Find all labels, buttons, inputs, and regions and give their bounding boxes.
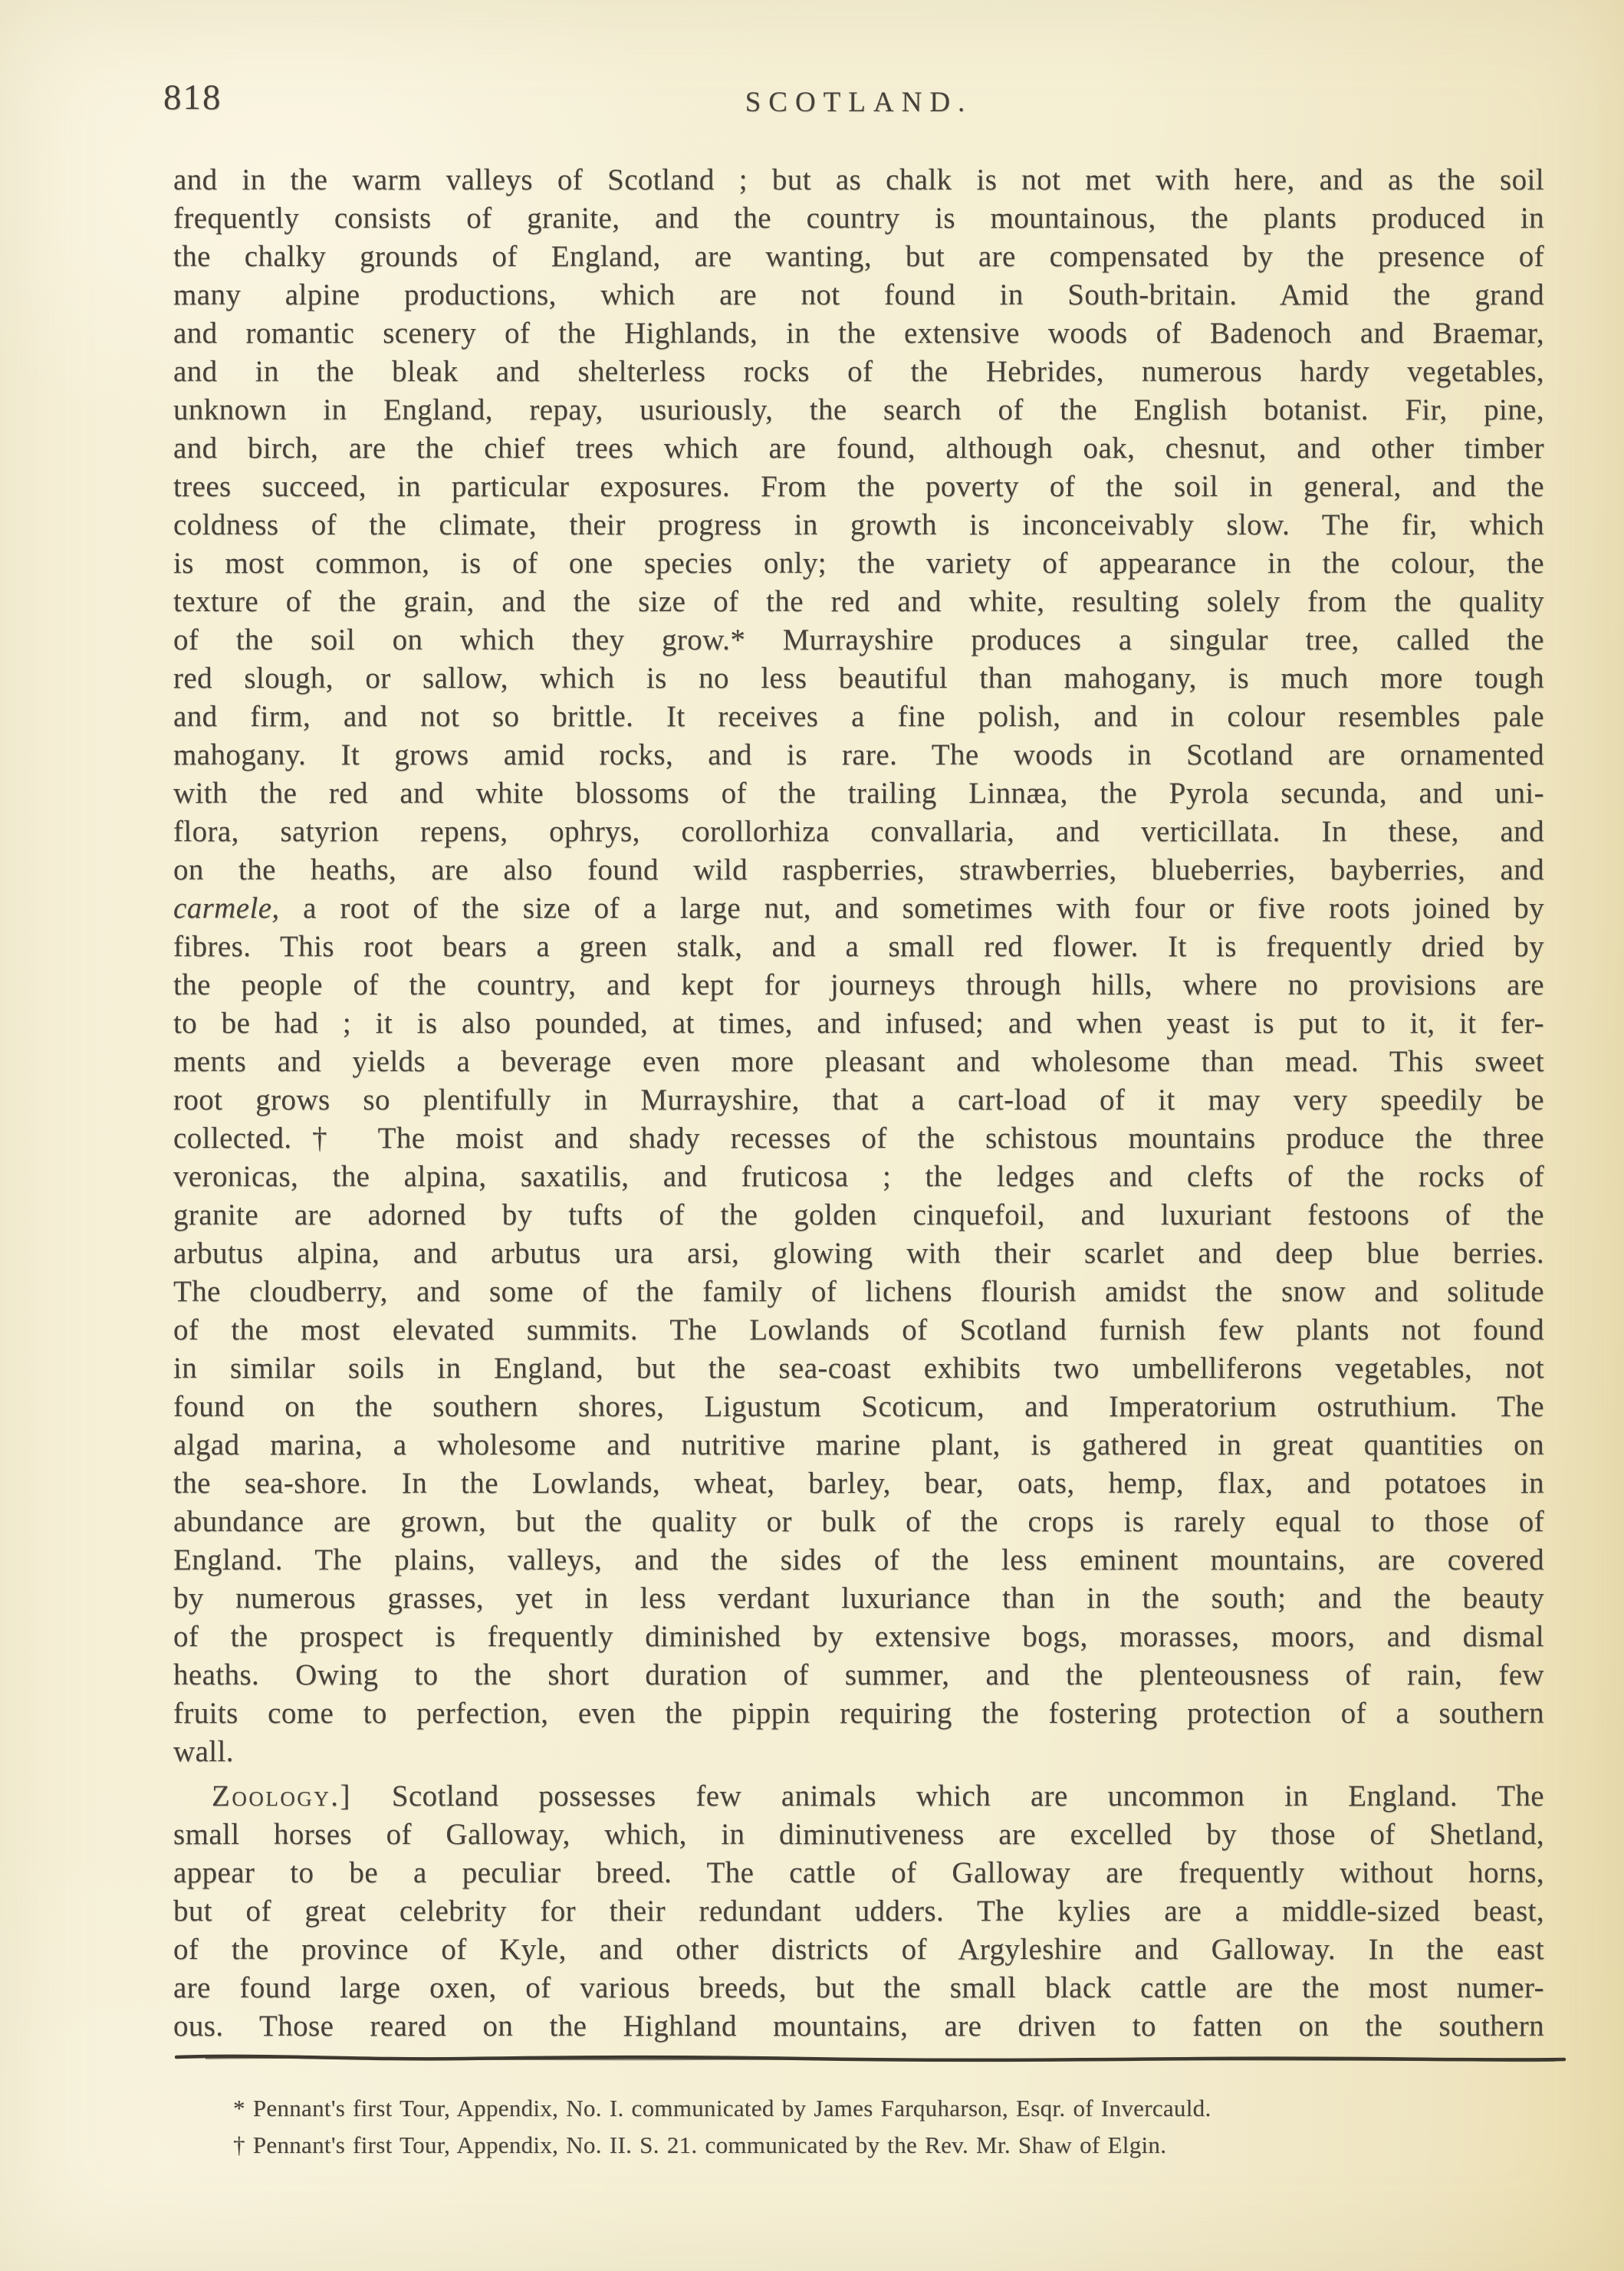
text-line: wall. bbox=[173, 1733, 1544, 1771]
text-line: collected.† The moist and shady recesses… bbox=[173, 1119, 1544, 1158]
text-line: algad marina, a wholesome and nutritive … bbox=[173, 1426, 1544, 1464]
text-line: red slough, or sallow, which is no less … bbox=[173, 659, 1544, 698]
text-line: and in the warm valleys of Scotland ; bu… bbox=[173, 161, 1544, 199]
text-line: frequently consists of granite, and the … bbox=[173, 199, 1544, 238]
text-line: and firm, and not so brittle. It receive… bbox=[173, 698, 1544, 736]
text-line: veronicas, the alpina, saxatilis, and fr… bbox=[173, 1158, 1544, 1196]
paragraph: and in the warm valleys of Scotland ; bu… bbox=[173, 161, 1544, 1771]
text-line: with the red and white blossoms of the t… bbox=[173, 774, 1544, 813]
text-line: found on the southern shores, Ligustum S… bbox=[173, 1388, 1544, 1426]
text-line: are found large oxen, of various breeds,… bbox=[173, 1969, 1544, 2007]
text-line: abundance are grown, but the quality or … bbox=[173, 1503, 1544, 1541]
paragraph: Zoology.] Scotland possesses few animals… bbox=[173, 1777, 1544, 2046]
text-line: * Pennant's first Tour, Appendix, No. I.… bbox=[176, 2090, 1495, 2127]
text-line: the sea-shore. In the Lowlands, wheat, b… bbox=[173, 1464, 1544, 1503]
text-line: root grows so plentifully in Murrayshire… bbox=[173, 1081, 1544, 1119]
text-line: by numerous grasses, yet in less verdant… bbox=[173, 1579, 1544, 1618]
text-line: but of great celebrity for their redunda… bbox=[173, 1892, 1544, 1931]
text-line: fruits come to perfection, even the pipp… bbox=[173, 1694, 1544, 1733]
text-line: of the prospect is frequently diminished… bbox=[173, 1618, 1544, 1656]
text-line: in similar soils in England, but the sea… bbox=[173, 1349, 1544, 1388]
text-line: mahogany. It grows amid rocks, and is ra… bbox=[173, 736, 1544, 774]
text-line: † Pennant's first Tour, Appendix, No. II… bbox=[176, 2127, 1495, 2164]
text-line: arbutus alpina, and arbutus ura arsi, gl… bbox=[173, 1234, 1544, 1273]
text-line: appear to be a peculiar breed. The cattl… bbox=[173, 1854, 1544, 1892]
text-line: to be had ; it is also pounded, at times… bbox=[173, 1004, 1544, 1043]
italic-term: carmele, bbox=[173, 892, 280, 925]
text-line: fibres. This root bears a green stalk, a… bbox=[173, 928, 1544, 966]
body-text: and in the warm valleys of Scotland ; bu… bbox=[173, 161, 1544, 2046]
text-line: granite are adorned by tufts of the gold… bbox=[173, 1196, 1544, 1234]
running-head: SCOTLAND. bbox=[173, 86, 1544, 119]
text-line: the chalky grounds of England, are wanti… bbox=[173, 238, 1544, 276]
text-line: of the soil on which they grow.* Murrays… bbox=[173, 621, 1544, 659]
text-line: and birch, are the chief trees which are… bbox=[173, 429, 1544, 468]
text-line: carmele, a root of the size of a large n… bbox=[173, 889, 1544, 928]
text-line: coldness of the climate, their progress … bbox=[173, 506, 1544, 544]
section-heading: Zoology.] bbox=[212, 1780, 352, 1813]
text-line: is most common, is of one species only; … bbox=[173, 544, 1544, 583]
footnotes: * Pennant's first Tour, Appendix, No. I.… bbox=[176, 2090, 1495, 2164]
text-line: trees succeed, in particular exposures. … bbox=[173, 468, 1544, 506]
text-line: texture of the grain, and the size of th… bbox=[173, 583, 1544, 621]
text-line: on the heaths, are also found wild raspb… bbox=[173, 851, 1544, 889]
text-line: ments and yields a beverage even more pl… bbox=[173, 1043, 1544, 1081]
text-line: unknown in England, repay, usuriously, t… bbox=[173, 391, 1544, 429]
text-line: many alpine productions, which are not f… bbox=[173, 276, 1544, 314]
text-line: ous. Those reared on the Highland mounta… bbox=[173, 2007, 1544, 2046]
footnote-separator-rule bbox=[175, 2052, 1569, 2066]
text-line: small horses of Galloway, which, in dimi… bbox=[173, 1816, 1544, 1854]
text-line: and romantic scenery of the Highlands, i… bbox=[173, 314, 1544, 353]
book-page: 818 SCOTLAND. and in the warm valleys of… bbox=[0, 0, 1624, 2271]
text-line: England. The plains, valleys, and the si… bbox=[173, 1541, 1544, 1579]
text-line: Zoology.] Scotland possesses few animals… bbox=[173, 1777, 1544, 1816]
text-line: and in the bleak and shelterless rocks o… bbox=[173, 353, 1544, 391]
text-line: the people of the country, and kept for … bbox=[173, 966, 1544, 1004]
text-line: The cloudberry, and some of the family o… bbox=[173, 1273, 1544, 1311]
text-line: heaths. Owing to the short duration of s… bbox=[173, 1656, 1544, 1694]
text-line: flora, satyrion repens, ophrys, corollor… bbox=[173, 813, 1544, 851]
text-line: of the most elevated summits. The Lowlan… bbox=[173, 1311, 1544, 1349]
text-line: of the province of Kyle, and other distr… bbox=[173, 1931, 1544, 1969]
